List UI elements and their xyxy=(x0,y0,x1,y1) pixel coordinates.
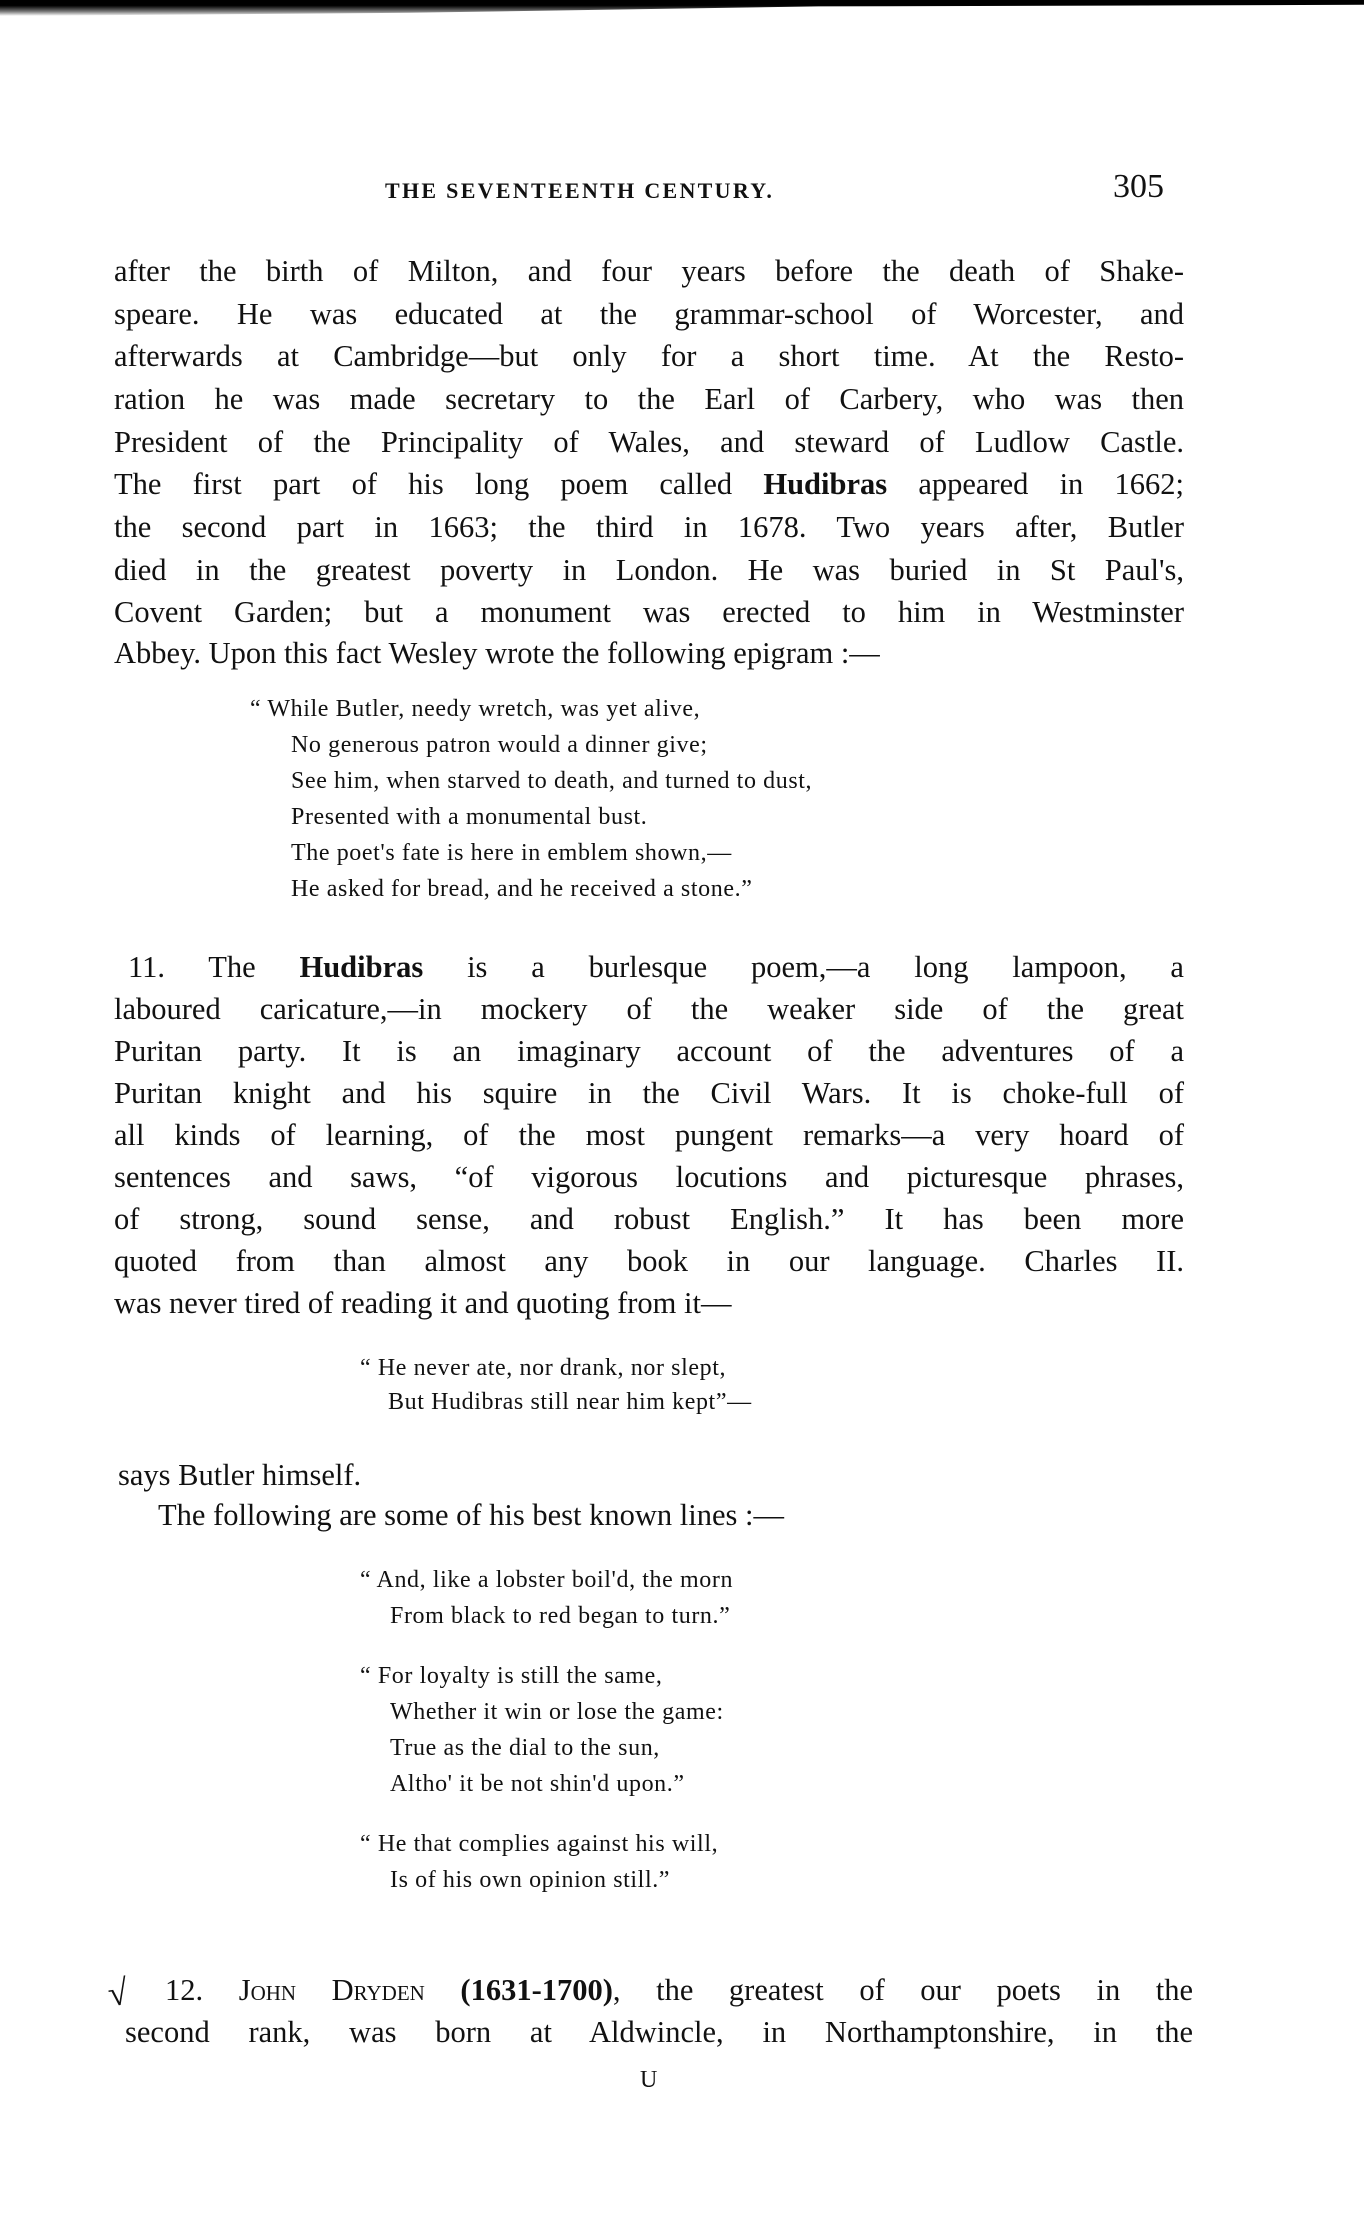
text-line: of strong, sound sense, and robust Engli… xyxy=(114,1204,1184,1235)
verse-line: But Hudibras still near him kept”— xyxy=(388,1390,752,1414)
text-line: President of the Principality of Wales, … xyxy=(114,427,1184,458)
text-line: laboured caricature,—in mockery of the w… xyxy=(114,994,1184,1025)
verse-line: Presented with a monumental bust. xyxy=(291,805,647,829)
verse-line: See him, when starved to death, and turn… xyxy=(291,769,812,793)
title-hudibras: Hudibras xyxy=(300,950,424,984)
author-name: John Dryden xyxy=(239,1973,425,2007)
check-mark-icon: √ xyxy=(105,1971,130,2015)
text-line: The following are some of his best known… xyxy=(158,1500,1228,1531)
scan-edge-shadow xyxy=(0,0,1364,16)
author-dates: (1631-1700) xyxy=(460,1973,612,2007)
text-line: quoted from than almost any book in our … xyxy=(114,1246,1184,1277)
signature-mark: U xyxy=(640,2067,657,2094)
text-line: the second part in 1663; the third in 16… xyxy=(114,512,1184,543)
page-header: THE SEVENTEENTH CENTURY. 305 xyxy=(0,172,1364,212)
verse-line: “ He never ate, nor drank, nor slept, xyxy=(360,1356,726,1380)
text-span: appeared in 1662; xyxy=(887,467,1184,501)
page-number: 305 xyxy=(1113,168,1164,206)
text-line: died in the greatest poverty in London. … xyxy=(114,555,1184,586)
verse-line: True as the dial to the sun, xyxy=(390,1736,660,1760)
verse-line: He asked for bread, and he received a st… xyxy=(291,877,752,901)
text-line: Abbey. Upon this fact Wesley wrote the f… xyxy=(114,638,1184,669)
verse-line: From black to red began to turn.” xyxy=(390,1604,730,1628)
verse-line: The poet's fate is here in emblem shown,… xyxy=(291,841,732,865)
text-line: second rank, was born at Aldwincle, in N… xyxy=(125,2017,1193,2048)
text-line: 11. The Hudibras is a burlesque poem,—a … xyxy=(128,952,1184,983)
text-line: speare. He was educated at the grammar-s… xyxy=(114,299,1184,330)
verse-line: No generous patron would a dinner give; xyxy=(291,733,708,757)
text-line: The first part of his long poem called H… xyxy=(114,469,1184,500)
verse-line: Altho' it be not shin'd upon.” xyxy=(390,1772,685,1796)
text-line: sentences and saws, “of vigorous locutio… xyxy=(114,1162,1184,1193)
text-span: , the greatest of our poets in the xyxy=(613,1973,1193,2007)
section-number: 11. The xyxy=(128,950,300,984)
verse-line: “ For loyalty is still the same, xyxy=(360,1664,663,1688)
verse-line: Whether it win or lose the game: xyxy=(390,1700,724,1724)
text-span: The first part of his long poem called xyxy=(114,467,763,501)
verse-line: “ And, like a lobster boil'd, the morn xyxy=(360,1568,733,1592)
title-hudibras: Hudibras xyxy=(763,467,887,501)
text-line: Covent Garden; but a monument was erecte… xyxy=(114,597,1184,628)
text-line: all kinds of learning, of the most punge… xyxy=(114,1120,1184,1151)
text-line: after the birth of Milton, and four year… xyxy=(114,256,1184,287)
text-line: afterwards at Cambridge—but only for a s… xyxy=(114,341,1184,372)
text-line: ration he was made secretary to the Earl… xyxy=(114,384,1184,415)
text-line: Puritan knight and his squire in the Civ… xyxy=(114,1078,1184,1109)
text-span: is a burlesque poem,—a long lampoon, a xyxy=(423,950,1184,984)
text-line: says Butler himself. xyxy=(118,1460,1188,1491)
text-line: Puritan party. It is an imaginary accoun… xyxy=(114,1036,1184,1067)
running-head: THE SEVENTEENTH CENTURY. xyxy=(385,178,774,204)
text-line: was never tired of reading it and quotin… xyxy=(114,1288,1184,1319)
text-line: 12. John Dryden (1631-1700), the greates… xyxy=(165,1975,1193,2006)
section-number: 12. xyxy=(165,1973,239,2007)
verse-line: “ He that complies against his will, xyxy=(360,1832,718,1856)
verse-line: “ While Butler, needy wretch, was yet al… xyxy=(250,697,700,721)
verse-line: Is of his own opinion still.” xyxy=(390,1868,670,1892)
